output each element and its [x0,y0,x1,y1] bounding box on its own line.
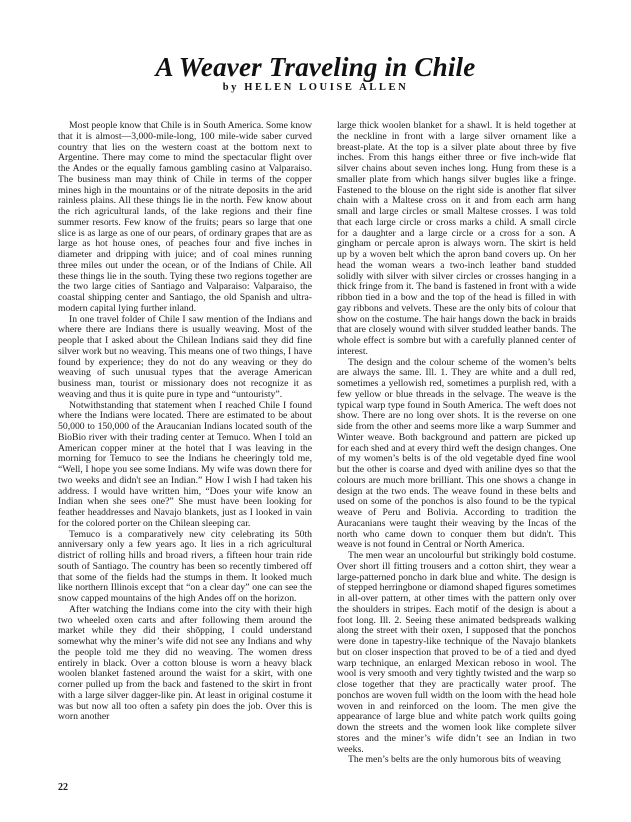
paragraph: The men wear an uncolourful but striking… [337,551,576,755]
paragraph: The men’s belts are the only humorous bi… [337,755,576,766]
paragraph: Notwithstanding that statement when I re… [58,401,312,530]
paragraph: After watching the Indians come into the… [58,605,312,723]
paragraph: In one travel folder of Chile I saw ment… [58,315,312,401]
paragraph: Temuco is a comparatively new city celeb… [58,530,312,605]
article-byline: by HELEN LOUISE ALLEN [0,82,631,93]
page-number: 22 [58,782,68,793]
right-column: large thick woolen blanket for a shawl. … [337,121,576,766]
paragraph: Most people know that Chile is in South … [58,121,312,315]
paragraph: The design and the colour scheme of the … [337,358,576,552]
paragraph-continued: large thick woolen blanket for a shawl. … [337,121,576,358]
left-column: Most people know that Chile is in South … [58,121,312,723]
article-title: A Weaver Traveling in Chile [0,52,631,83]
